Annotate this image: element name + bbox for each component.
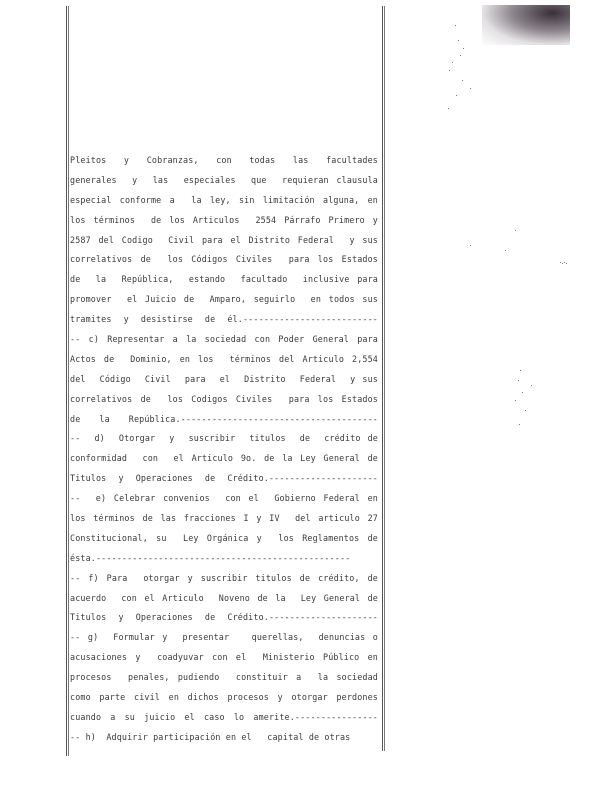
- text-line: acusaciones y coadyuvar con el Ministeri…: [70, 648, 378, 668]
- text-line: de la República.------------------------…: [70, 410, 378, 430]
- text-line: cuando a su juicio el caso lo amerite.--…: [70, 708, 378, 728]
- text-line: como parte civil en dichos procesos y ot…: [70, 688, 378, 708]
- text-line: promover el Juicio de Amparo, seguirlo e…: [70, 290, 378, 310]
- text-line: -- f) Para otorgar y suscribir titulos d…: [70, 569, 378, 589]
- text-line: acuerdo con el Articulo Noveno de la Ley…: [70, 589, 378, 609]
- text-line: Titulos y Operaciones de Crédito.-------…: [70, 469, 378, 489]
- text-line: generales y las especiales que requieran…: [70, 171, 378, 191]
- text-line: -- g) Formular y presentar querellas, de…: [70, 628, 378, 648]
- text-line: los términos de los Articulos 2554 Párra…: [70, 211, 378, 231]
- text-line: -- e) Celebrar convenios con el Gobierno…: [70, 489, 378, 509]
- text-line: -- h) Adquirir participación en el capit…: [70, 728, 378, 748]
- right-margin-rule: [382, 6, 383, 751]
- text-line: -- d) Otorgar y suscribir titulos de cré…: [70, 429, 378, 449]
- text-line: especial conforme a la ley, sin limitaci…: [70, 191, 378, 211]
- document-body: Pleitos y Cobranzas, con todas las facul…: [70, 151, 378, 748]
- left-margin-rule: [66, 6, 67, 756]
- text-line: conformidad con el Articulo 9o. de la Le…: [70, 449, 378, 469]
- text-line: Constitucional, su Ley Orgánica y los Re…: [70, 529, 378, 549]
- text-line: de la República, estando facultado inclu…: [70, 270, 378, 290]
- text-line: Actos de Dominio, en los términos del Ar…: [70, 350, 378, 370]
- text-line: 2587 del Codigo Civil para el Distrito F…: [70, 231, 378, 251]
- text-line: correlativos de los Codigos Civiles para…: [70, 390, 378, 410]
- text-line: tramites y desistirse de él.------------…: [70, 310, 378, 330]
- text-line: -- c) Representar a la sociedad con Pode…: [70, 330, 378, 350]
- text-line: del Código Civil para el Distrito Federa…: [70, 370, 378, 390]
- text-line: Pleitos y Cobranzas, con todas las facul…: [70, 151, 378, 171]
- text-line: procesos penales, pudiendo constituir a …: [70, 668, 378, 688]
- text-line: correlativos de los Códigos Civiles para…: [70, 250, 378, 270]
- text-line: los términos de las fracciones I y IV de…: [70, 509, 378, 529]
- text-line: ésta.-----------------------------------…: [70, 549, 378, 569]
- scan-smudge: [482, 5, 570, 45]
- text-line: Titulos y Operaciones de Crédito.-------…: [70, 608, 378, 628]
